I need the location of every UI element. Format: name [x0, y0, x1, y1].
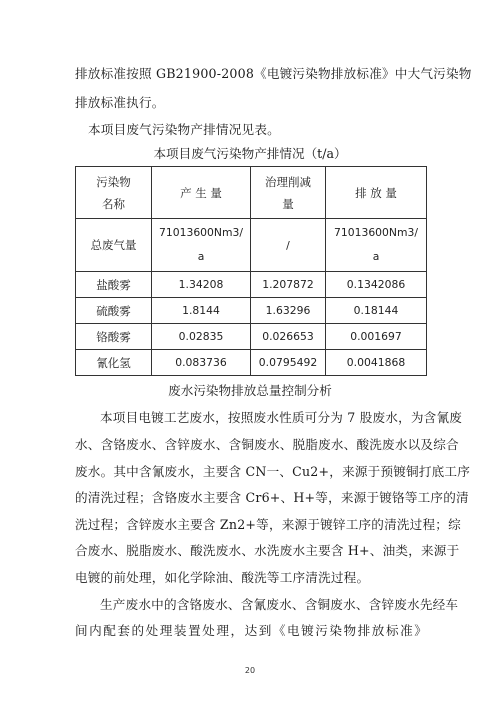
- table-row-total-gas: 总废气量 71013600Nm3/ a / 71013600Nm3/ a: [76, 219, 427, 272]
- paragraph-line: 本项目废气污染物产排情况见表。: [88, 122, 440, 138]
- cell-name: 盐酸雾: [76, 272, 152, 298]
- cell-production: 0.083736: [152, 350, 251, 376]
- paragraph-line: 排放标准执行。: [75, 95, 427, 111]
- cell-reduction: /: [251, 219, 326, 272]
- cell-reduction: 1.207872: [251, 272, 326, 298]
- cell-reduction: 0.0795492: [251, 350, 326, 376]
- cell-name: 铬酸雾: [76, 324, 152, 350]
- cell-production: 0.02835: [152, 324, 251, 350]
- paragraph-line: 本项目电镀工艺废水，按照废水性质可分为 7 股废水，为含氰废: [100, 410, 427, 426]
- paragraph-line: 废水。其中含氰废水，主要含 CN一、Cu2+，来源于预镀铜打底工序: [75, 464, 427, 480]
- paragraph-line: 电镀的前处理，如化学除油、酸洗等工序清洗过程。: [75, 570, 427, 586]
- cell-production: 71013600Nm3/ a: [152, 219, 251, 272]
- paragraph-line: 洗过程；含锌废水主要含 Zn2+等，来源于镀锌工序的清洗过程；综: [75, 517, 427, 533]
- emissions-table: 污染物 名称 产 生 量 治理削减 量 排 放 量 总废气量 71013600N…: [75, 166, 427, 376]
- cell-name: 硫酸雾: [76, 298, 152, 324]
- paragraph-line: 排放标准按照 GB21900-2008《电镀污染物排放标准》中大气污染物: [75, 66, 427, 82]
- header-emission: 排 放 量: [326, 167, 427, 219]
- paragraph-line: 合废水、脱脂废水、酸洗废水、水洗废水主要含 H+、油类，来源于: [75, 543, 427, 559]
- cell-emission: 0.001697: [326, 324, 427, 350]
- cell-emission: 0.1342086: [326, 272, 427, 298]
- table-row: 盐酸雾 1.34208 1.207872 0.1342086: [76, 272, 427, 298]
- section-heading: 废水污染物排放总量控制分析: [75, 383, 425, 399]
- cell-emission: 0.0041868: [326, 350, 427, 376]
- cell-emission: 71013600Nm3/ a: [326, 219, 427, 272]
- cell-name: 氰化氢: [76, 350, 152, 376]
- cell-name: 总废气量: [76, 219, 152, 272]
- cell-reduction: 0.026653: [251, 324, 326, 350]
- cell-reduction: 1.63296: [251, 298, 326, 324]
- header-reduction: 治理削减 量: [251, 167, 326, 219]
- header-production: 产 生 量: [152, 167, 251, 219]
- header-pollutant-name: 污染物 名称: [76, 167, 152, 219]
- paragraph-line: 水、含铬废水、含锌废水、含铜废水、脱脂废水、酸洗废水以及综合: [75, 437, 427, 453]
- table-row: 铬酸雾 0.02835 0.026653 0.001697: [76, 324, 427, 350]
- table-header-row: 污染物 名称 产 生 量 治理削减 量 排 放 量: [76, 167, 427, 219]
- paragraph-line: 间内配套的处理装置处理，达到《电镀污染物排放标准》: [75, 623, 427, 639]
- paragraph-line: 生产废水中的含铬废水、含氰废水、含铜废水、含锌废水先经车: [100, 597, 427, 613]
- paragraph-line: 的清洗过程；含铬废水主要含 Cr6+、H+等，来源于镀铬等工序的清: [75, 490, 427, 506]
- table-row: 硫酸雾 1.8144 1.63296 0.18144: [76, 298, 427, 324]
- cell-production: 1.8144: [152, 298, 251, 324]
- cell-emission: 0.18144: [326, 298, 427, 324]
- page-number: 20: [0, 666, 500, 675]
- table-caption: 本项目废气污染物产排情况（t/a）: [75, 146, 425, 162]
- cell-production: 1.34208: [152, 272, 251, 298]
- table-row: 氰化氢 0.083736 0.0795492 0.0041868: [76, 350, 427, 376]
